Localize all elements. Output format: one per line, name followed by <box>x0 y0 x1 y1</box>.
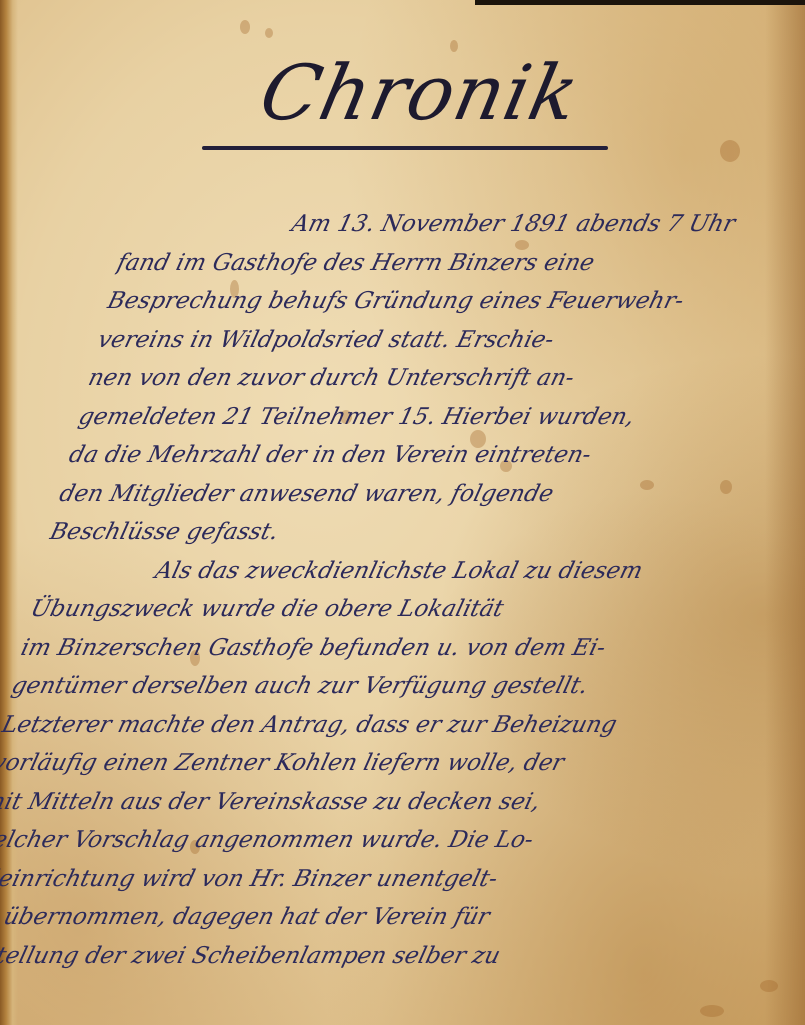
text-line: Als das zweckdienlichste Lokal zu diesem <box>36 552 796 591</box>
manuscript-page: Chronik Am 13. November 1891 abends 7 Uh… <box>0 0 805 1025</box>
text-line: da die Mehrzahl der in den Verein eintre… <box>65 436 805 475</box>
stain <box>700 1005 724 1017</box>
text-line: mit Mitteln aus der Vereinskasse zu deck… <box>0 783 738 822</box>
text-line: gentümer derselben auch zur Verfügung ge… <box>7 667 767 706</box>
text-line: Aufstellung der zwei Scheibenlampen selb… <box>0 937 700 976</box>
text-line: vereins in Wildpoldsried statt. Erschie- <box>94 321 805 360</box>
text-line: Letzterer machte den Antrag, dass er zur… <box>0 706 757 745</box>
text-line: den Mitglieder anwesend waren, folgende <box>55 475 805 514</box>
text-line: kaleinrichtung wird von Hr. Binzer unent… <box>0 860 719 899</box>
scan-border <box>475 0 805 5</box>
stain <box>720 140 740 162</box>
text-line: Besprechung behufs Gründung eines Feuerw… <box>103 282 805 321</box>
text-line: Am 13. November 1891 abends 7 Uhr <box>122 205 805 244</box>
text-line: nen von den zuvor durch Unterschrift an- <box>84 359 805 398</box>
text-line: vorläufig einen Zentner Kohlen liefern w… <box>0 744 748 783</box>
title-underline <box>202 146 608 150</box>
text-line: im Binzerschen Gasthofe befunden u. von … <box>17 629 777 668</box>
page-title: Chronik <box>221 48 620 137</box>
stain <box>265 28 273 38</box>
stain <box>240 20 250 34</box>
text-line: Beschlüsse gefasst. <box>46 513 805 552</box>
manuscript-body: Am 13. November 1891 abends 7 Uhr fand i… <box>0 205 805 975</box>
text-line: lich übernommen, dagegen hat der Verein … <box>0 898 709 937</box>
text-line: Übungszweck wurde die obere Lokalität <box>26 590 786 629</box>
text-line: welcher Vorschlag angenommen wurde. Die … <box>0 821 728 860</box>
text-line: gemeldeten 21 Teilnehmer 15. Hierbei wur… <box>74 398 805 437</box>
text-line: fand im Gasthofe des Herrn Binzers eine <box>113 244 805 283</box>
stain <box>760 980 778 992</box>
